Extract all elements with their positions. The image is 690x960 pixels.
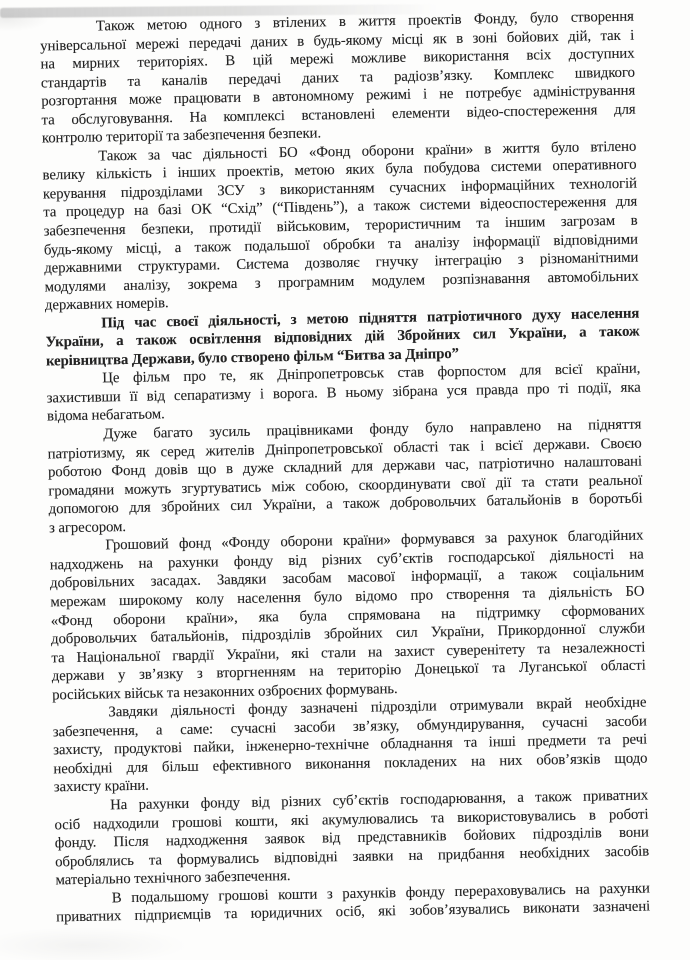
paragraph: Завдяки діяльності фонду зазначені підро… [52,694,648,798]
paragraph: Грошовий фонд «Фонду оборони країни» фор… [49,527,646,705]
paragraph: Також метою одного з втілених в життя пр… [40,8,636,149]
scanned-document-screenshot: { "document": { "type": "scanned typewri… [0,0,690,960]
document-page: Також метою одного з втілених в життя пр… [0,0,690,960]
document-text: Також метою одного з втілених в життя пр… [40,8,651,928]
paragraph: На рахунки фонду від різних суб’єктів го… [54,786,650,890]
paragraph: Дуже багато зусиль працівниками фонду бу… [47,416,643,538]
paragraph: Також за час діяльності БО «Фонд оборони… [42,137,639,315]
